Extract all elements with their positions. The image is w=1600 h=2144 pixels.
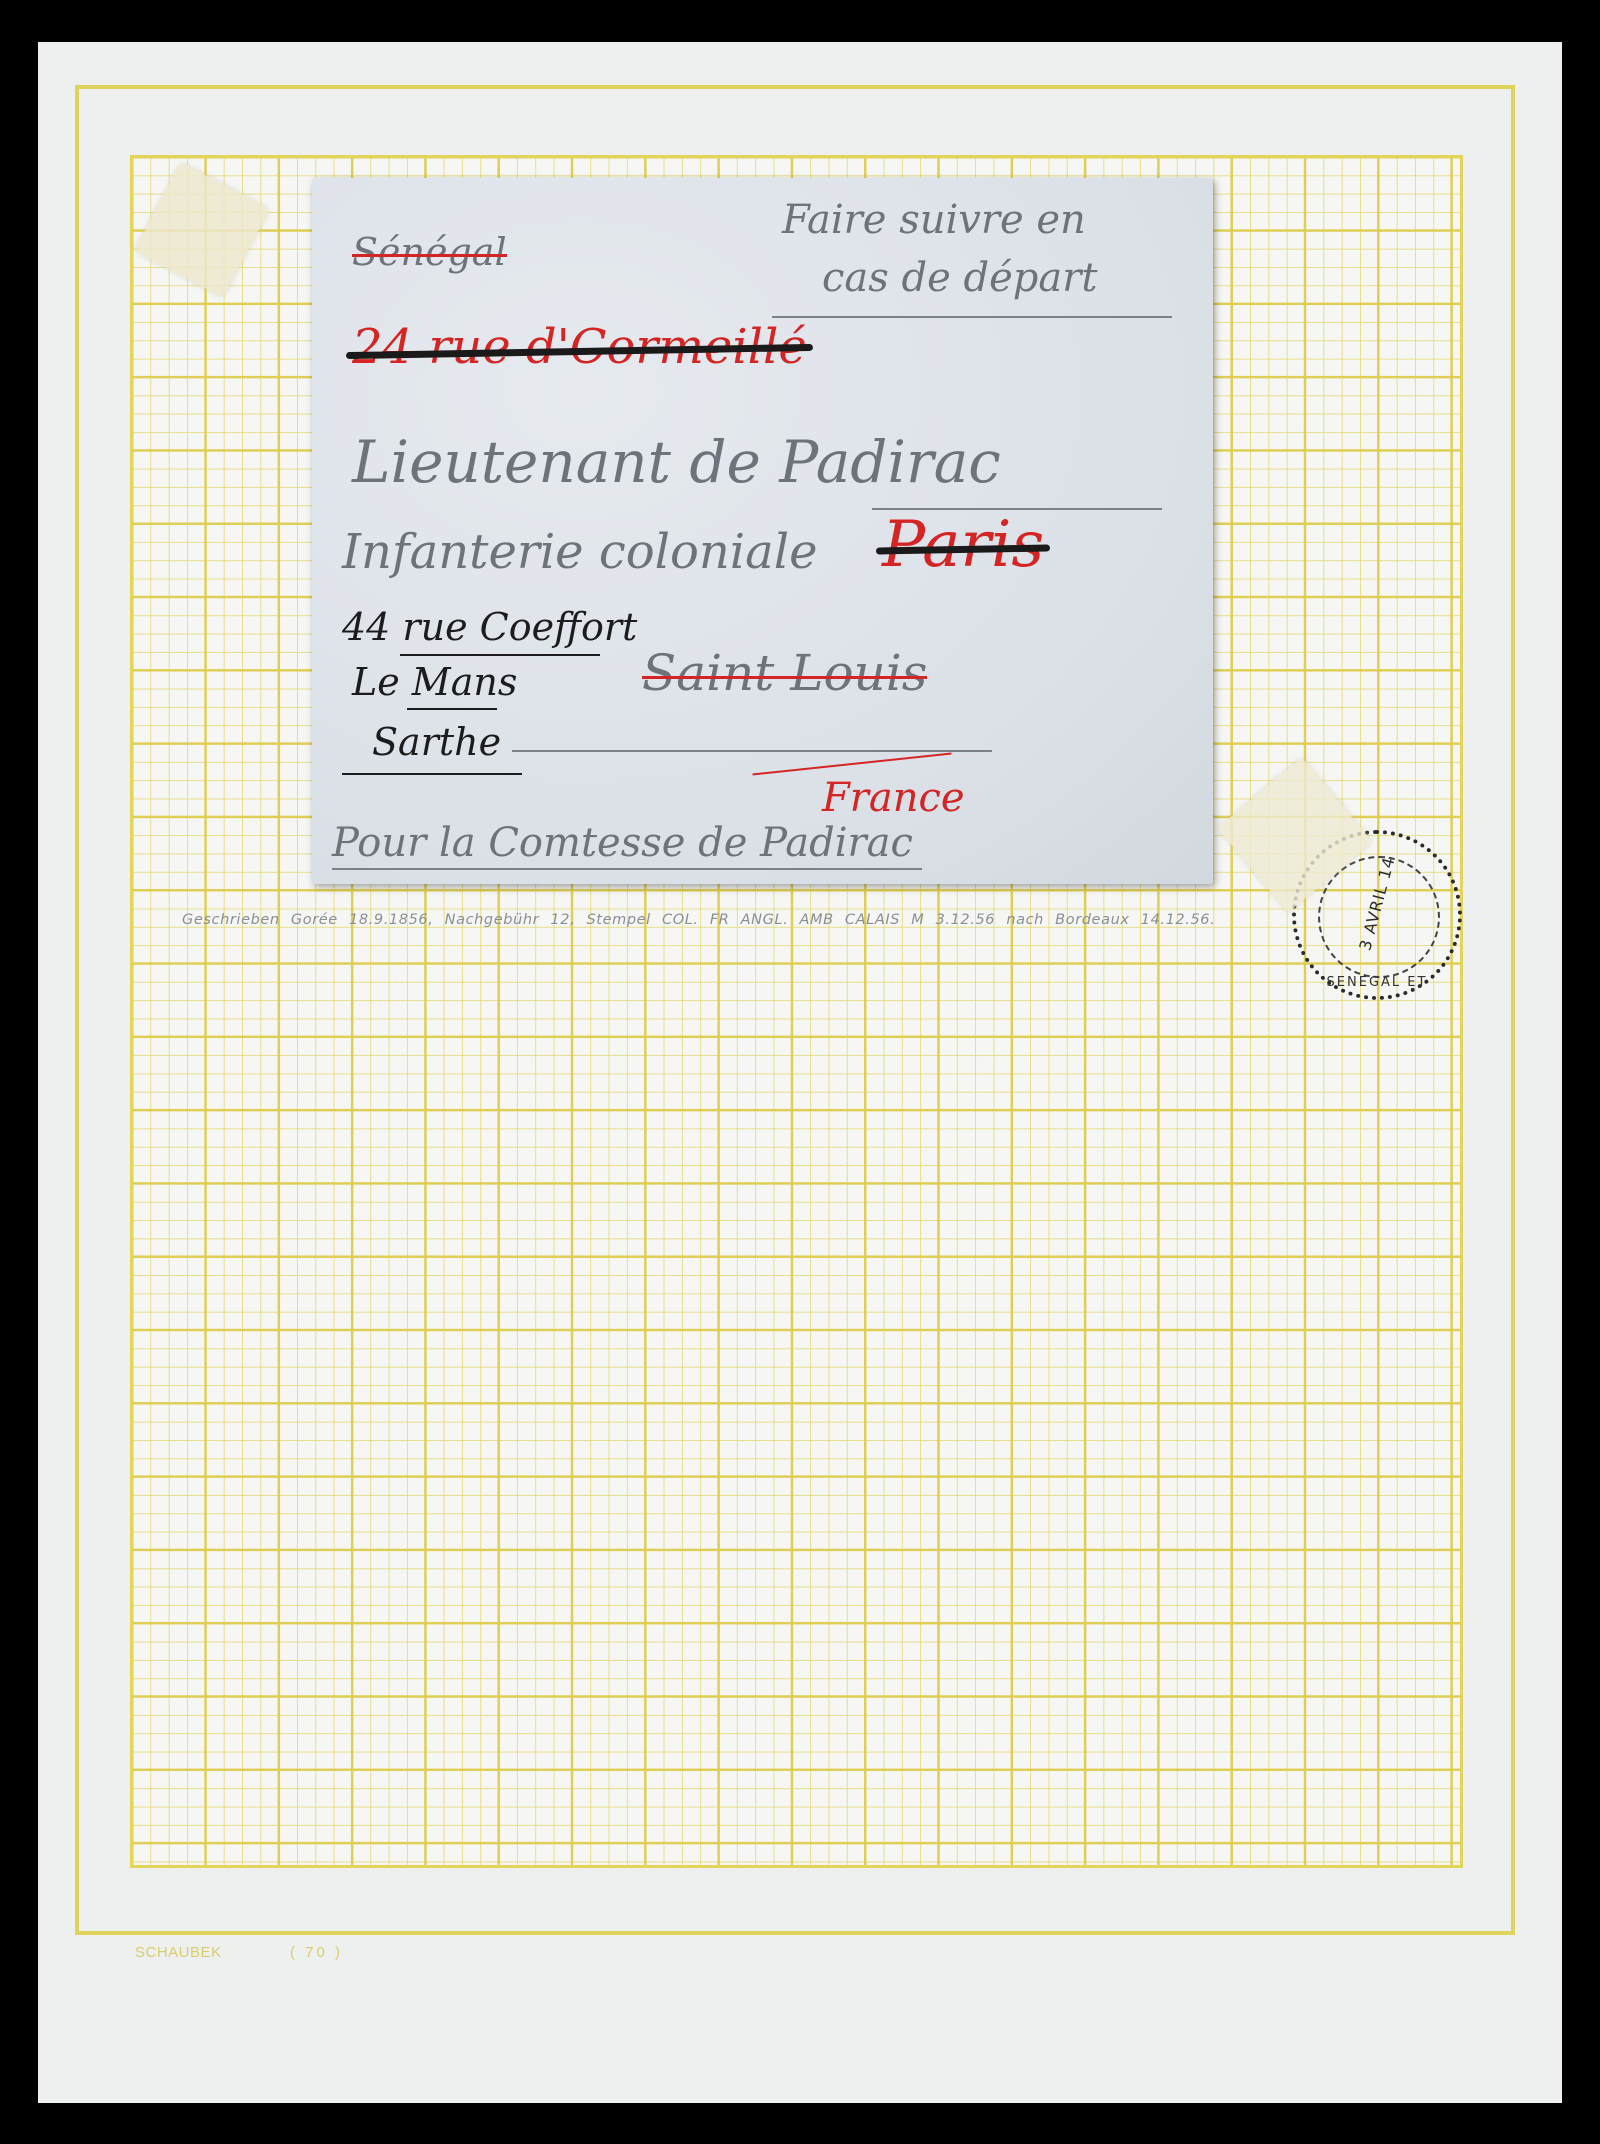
envelope-line-france: France (822, 778, 965, 818)
page-number: ( 70 ) (290, 1944, 343, 1961)
underline (752, 753, 951, 776)
cover-description-caption: Geschrieben Gorée 18.9.1856, Nachgebühr … (182, 912, 1215, 928)
envelope-line-street: 44 rue Coeffort (342, 608, 637, 646)
underline (342, 773, 522, 775)
envelope-line-department: Sarthe (372, 723, 501, 761)
envelope-line-senegal: Sénégal (352, 233, 507, 271)
album-brand: SCHAUBEK (135, 1944, 222, 1961)
underline (512, 750, 992, 752)
envelope-line-pour-la-comtesse: Pour la Comtesse de Padirac (332, 823, 913, 863)
underline (407, 708, 497, 710)
envelope-cover: Sénégal Faire suivre en cas de départ 24… (312, 178, 1213, 884)
envelope-line-saint-louis: Saint Louis (642, 648, 927, 698)
envelope-line-old-address: 24 rue d'Cormeillé (352, 323, 807, 371)
underline (400, 654, 600, 656)
envelope-line-paris: Paris (882, 513, 1044, 577)
envelope-line-addressee: Lieutenant de Padirac (352, 433, 1001, 491)
postmark-ring-text: SENEGAL ET (1296, 975, 1458, 990)
envelope-line-regiment: Infanterie coloniale (342, 528, 818, 576)
envelope-line-cas-de-depart: cas de départ (822, 258, 1097, 298)
underline (332, 868, 922, 870)
underline (772, 316, 1172, 318)
envelope-line-town: Le Mans (352, 663, 517, 701)
envelope-line-faire-suivre: Faire suivre en (782, 200, 1086, 240)
